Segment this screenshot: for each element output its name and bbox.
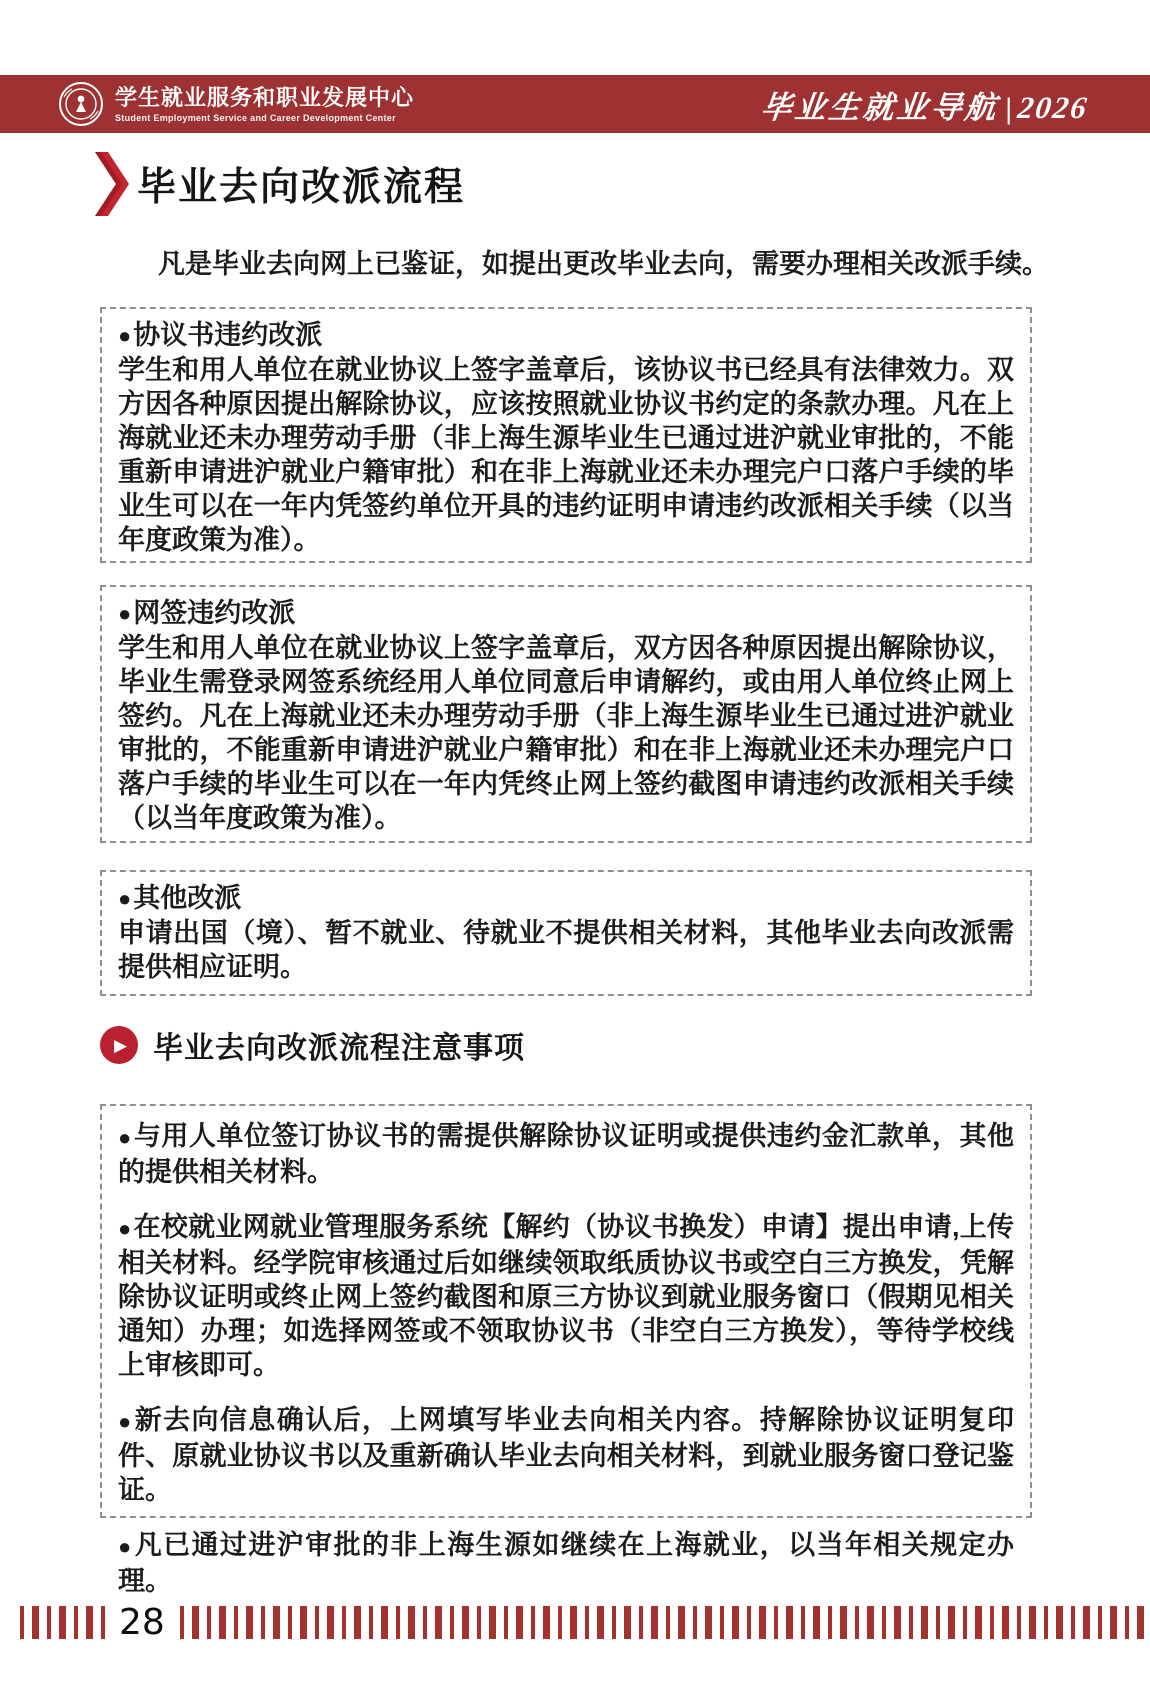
page-number: 28: [119, 1602, 165, 1643]
tick-mark: [462, 1606, 469, 1639]
box-body-text: 学生和用人单位在就业协议上签字盖章后，该协议书已经具有法律效力。双方因各种原因提…: [118, 353, 1014, 557]
box-title-row: ● 协议书违约改派: [118, 318, 1014, 353]
tick-mark: [840, 1606, 847, 1639]
tick-mark: [354, 1606, 361, 1639]
tick-mark: [936, 1606, 940, 1639]
tick-mark: [720, 1606, 724, 1639]
tick-mark: [921, 1606, 928, 1639]
note-item: ●新去向信息确认后，上网填写毕业去向相关内容。持解除协议证明复印件、原就业协议书…: [118, 1403, 1014, 1507]
org-name-cn: 学生就业服务和职业发展中心: [115, 86, 414, 110]
tick-mark: [705, 1606, 712, 1639]
tick-mark: [477, 1606, 481, 1639]
tick-mark: [273, 1606, 280, 1639]
bullet-icon: ●: [118, 596, 131, 631]
tick-mark: [1125, 1606, 1129, 1639]
banner-title: 毕业生就业导航: [759, 82, 1002, 127]
tick-mark: [101, 1606, 105, 1639]
tick-mark: [867, 1606, 874, 1639]
tick-mark: [20, 1606, 24, 1639]
org-name-en: Student Employment Service and Career De…: [115, 113, 414, 123]
tick-mark: [828, 1606, 832, 1639]
tick-mark: [585, 1606, 589, 1639]
tick-mark: [948, 1606, 955, 1639]
banner-year: 2026: [1015, 90, 1090, 126]
tick-mark: [396, 1606, 400, 1639]
note-item: ●与用人单位签订协议书的需提供解除协议证明或提供违约金汇款单，其他的提供相关材料…: [118, 1119, 1014, 1189]
tick-mark: [1083, 1606, 1090, 1639]
play-triangle-icon: ▶: [114, 1037, 127, 1054]
tick-mark: [246, 1606, 253, 1639]
tick-mark: [1110, 1606, 1117, 1639]
tick-mark: [180, 1606, 184, 1639]
notes-box: ●与用人单位签订协议书的需提供解除协议证明或提供违约金汇款单，其他的提供相关材料…: [100, 1104, 1032, 1518]
bullet-icon: ●: [118, 1534, 133, 1559]
box-title-text: 网签违约改派: [133, 596, 295, 631]
tick-mark: [612, 1606, 616, 1639]
tick-mark: [47, 1606, 51, 1639]
university-seal-icon: [58, 81, 104, 127]
page-title: 毕业去向改派流程: [137, 156, 465, 212]
tick-mark: [59, 1606, 66, 1639]
tick-mark: [759, 1606, 766, 1639]
tick-mark: [300, 1606, 307, 1639]
page-header: 学生就业服务和职业发展中心 Student Employment Service…: [0, 75, 1150, 133]
note-text: 凡已通过进沪审批的非上海生源如继续在上海就业，以当年相关规定办理。: [118, 1530, 1014, 1596]
tick-mark: [531, 1606, 535, 1639]
tick-mark: [651, 1606, 658, 1639]
box-title-row: ● 网签违约改派: [118, 596, 1014, 631]
tick-mark: [1002, 1606, 1009, 1639]
note-item: ●凡已通过进沪审批的非上海生源如继续在上海就业，以当年相关规定办理。: [118, 1528, 1014, 1598]
tick-mark: [1071, 1606, 1075, 1639]
box-body-text: 申请出国（境）、暂不就业、待就业不提供相关材料，其他毕业去向改派需提供相应证明。: [118, 916, 1014, 984]
tick-mark: [774, 1606, 778, 1639]
box-body-text: 学生和用人单位在就业协议上签字盖章后，双方因各种原因提出解除协议，毕业生需登录网…: [118, 631, 1014, 835]
tick-mark: [543, 1606, 550, 1639]
tick-mark: [678, 1606, 685, 1639]
tick-mark: [597, 1606, 604, 1639]
tick-mark: [261, 1606, 265, 1639]
tick-mark: [990, 1606, 994, 1639]
tick-mark: [786, 1606, 793, 1639]
tick-mark: [813, 1606, 820, 1639]
bullet-icon: ●: [118, 1409, 133, 1434]
tick-mark: [855, 1606, 859, 1639]
tick-mark: [315, 1606, 319, 1639]
tick-mark: [558, 1606, 562, 1639]
box-title-text: 协议书违约改派: [133, 318, 322, 353]
bullet-icon: ●: [118, 1125, 132, 1150]
tick-mark: [1017, 1606, 1021, 1639]
org-logo-group: 学生就业服务和职业发展中心 Student Employment Service…: [58, 81, 414, 127]
section-title-row: 毕业去向改派流程: [95, 152, 465, 216]
tick-mark: [342, 1606, 346, 1639]
note-text: 与用人单位签订协议书的需提供解除协议证明或提供违约金汇款单，其他的提供相关材料。: [118, 1121, 1014, 1187]
document-page: 学生就业服务和职业发展中心 Student Employment Service…: [0, 0, 1150, 1701]
tick-mark: [1056, 1606, 1063, 1639]
intro-paragraph: 凡是毕业去向网上已鉴证，如提出更改毕业去向，需要办理相关改派手续。: [102, 246, 1052, 282]
tick-mark: [909, 1606, 913, 1639]
tick-mark: [963, 1606, 967, 1639]
notes-heading-row: ▶ 毕业去向改派流程注意事项: [100, 1023, 525, 1067]
tick-mark: [801, 1606, 805, 1639]
tick-mark: [516, 1606, 523, 1639]
tick-mark: [192, 1606, 199, 1639]
play-circle-icon: ▶: [100, 1026, 138, 1064]
chevron-right-icon: [95, 152, 129, 216]
policy-box-online-sign-breach: ● 网签违约改派 学生和用人单位在就业协议上签字盖章后，双方因各种原因提出解除协…: [100, 585, 1032, 843]
tick-mark: [234, 1606, 238, 1639]
policy-box-other: ● 其他改派 申请出国（境）、暂不就业、待就业不提供相关材料，其他毕业去向改派需…: [100, 870, 1032, 996]
footer-ticks-right: [180, 1606, 1150, 1639]
tick-mark: [219, 1606, 226, 1639]
tick-mark: [666, 1606, 670, 1639]
tick-mark: [32, 1606, 39, 1639]
tick-mark: [894, 1606, 901, 1639]
tick-mark: [639, 1606, 643, 1639]
tick-mark: [504, 1606, 508, 1639]
tick-mark: [882, 1606, 886, 1639]
tick-mark: [369, 1606, 373, 1639]
tick-mark: [327, 1606, 334, 1639]
tick-mark: [1029, 1606, 1036, 1639]
tick-mark: [288, 1606, 292, 1639]
box-title-row: ● 其他改派: [118, 881, 1014, 916]
tick-mark: [207, 1606, 211, 1639]
footer-ticks-left: [20, 1606, 105, 1639]
notes-title: 毕业去向改派流程注意事项: [153, 1023, 525, 1067]
tick-mark: [435, 1606, 442, 1639]
note-item: ●在校就业网就业管理服务系统【解约（协议书换发）申请】提出申请,上传相关材料。经…: [118, 1210, 1014, 1382]
page-footer: 28: [0, 1602, 1150, 1642]
tick-mark: [408, 1606, 415, 1639]
tick-mark: [86, 1606, 93, 1639]
tick-mark: [74, 1606, 78, 1639]
tick-mark: [450, 1606, 454, 1639]
tick-mark: [624, 1606, 631, 1639]
banner-divider: |: [1005, 92, 1012, 126]
banner-title-group: 毕业生就业导航 | 2026: [761, 82, 1088, 127]
tick-mark: [975, 1606, 982, 1639]
org-name-block: 学生就业服务和职业发展中心 Student Employment Service…: [115, 86, 414, 123]
bullet-icon: ●: [118, 1216, 132, 1241]
tick-mark: [423, 1606, 427, 1639]
policy-box-agreement-breach: ● 协议书违约改派 学生和用人单位在就业协议上签字盖章后，该协议书已经具有法律效…: [100, 307, 1032, 563]
tick-mark: [489, 1606, 496, 1639]
tick-mark: [1044, 1606, 1048, 1639]
tick-mark: [747, 1606, 751, 1639]
tick-mark: [381, 1606, 388, 1639]
tick-mark: [570, 1606, 577, 1639]
tick-mark: [1098, 1606, 1102, 1639]
tick-mark: [1137, 1606, 1144, 1639]
tick-mark: [693, 1606, 697, 1639]
note-text: 在校就业网就业管理服务系统【解约（协议书换发）申请】提出申请,上传相关材料。经学…: [118, 1212, 1014, 1380]
tick-mark: [732, 1606, 739, 1639]
box-title-text: 其他改派: [133, 881, 241, 916]
bullet-icon: ●: [118, 318, 131, 353]
bullet-icon: ●: [118, 881, 131, 916]
note-text: 新去向信息确认后，上网填写毕业去向相关内容。持解除协议证明复印件、原就业协议书以…: [118, 1405, 1014, 1505]
